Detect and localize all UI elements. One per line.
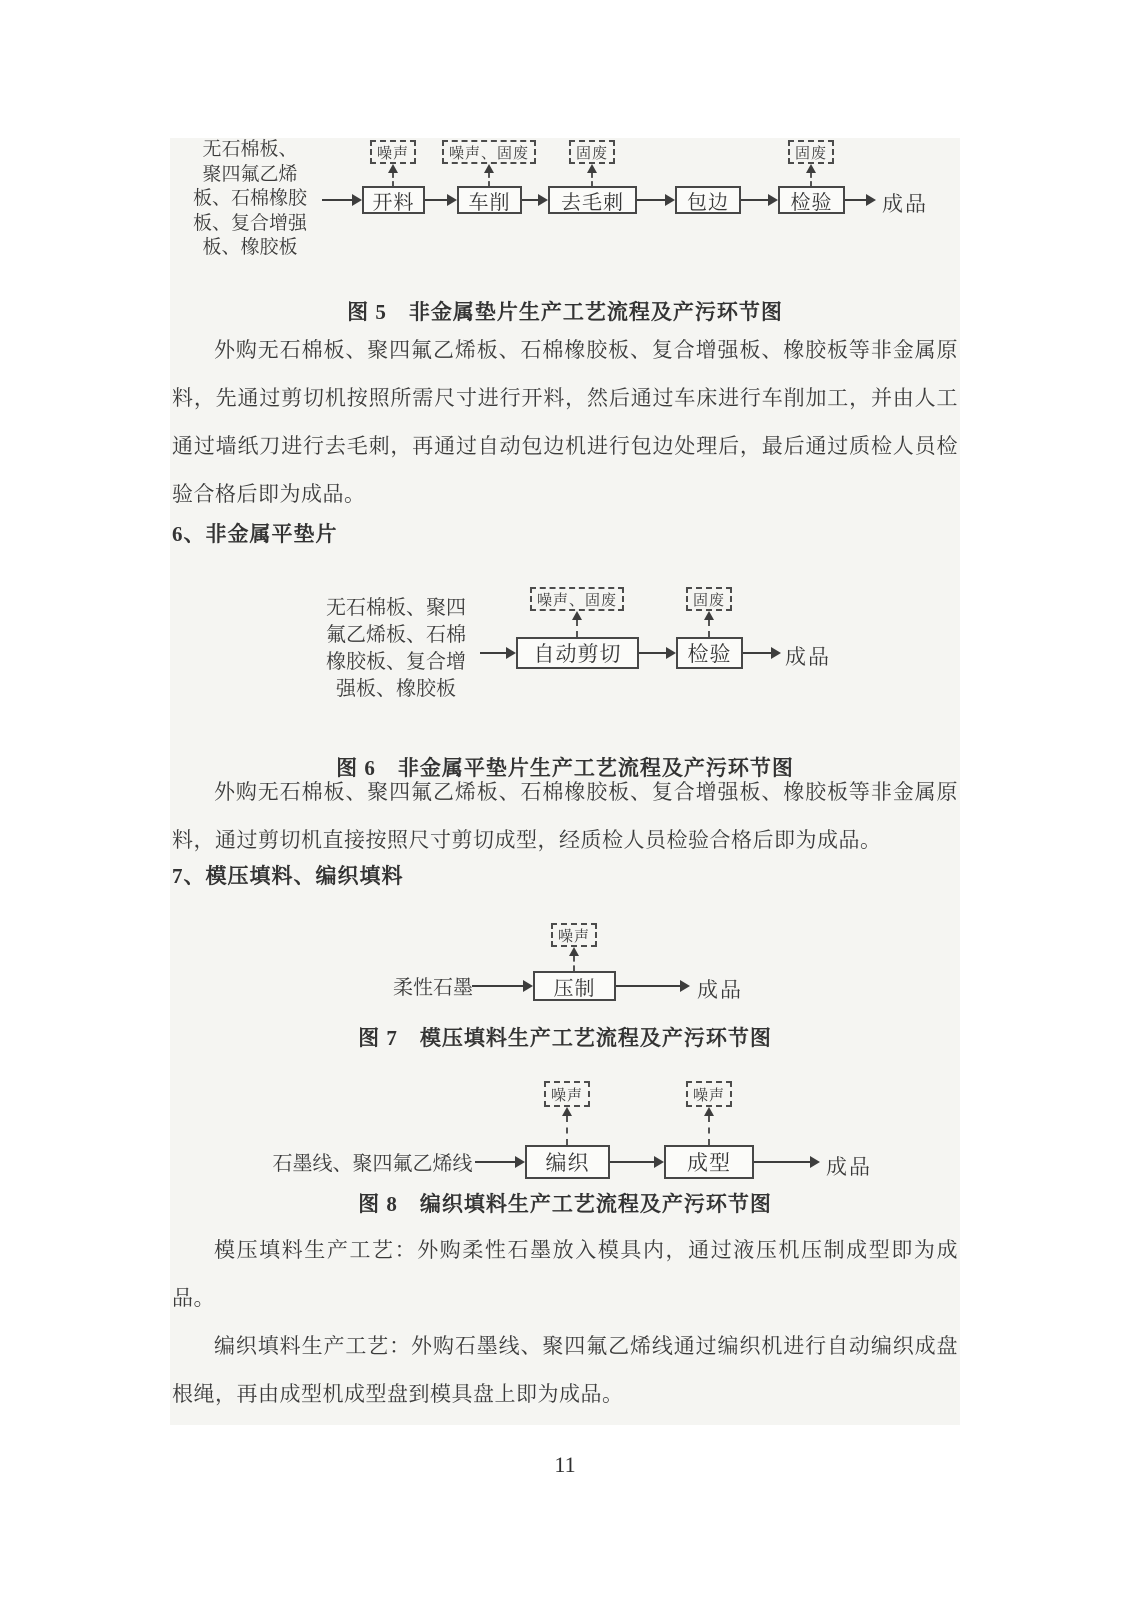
process-box-qumaoci: 去毛刺 [548,186,637,214]
flow-arrow [610,1156,664,1168]
fig8-source-materials-label: 石墨线、聚四氟乙烯线 [270,1152,475,1176]
paragraph-molded-packing: 模压填料生产工艺：外购柔性石墨放入模具内，通过液压机压制成型即为成品。 [172,1226,958,1322]
flow-arrow [322,194,362,206]
emission-arrow [571,611,583,637]
flow-arrow [475,1156,525,1168]
fig8-output-label: 成品 [826,1151,872,1181]
fig5-output-label: 成品 [882,188,928,218]
process-box-bianzhi: 编织 [525,1145,610,1179]
section-heading-6: 6、非金属平垫片 [172,518,338,548]
flowchart-fig5: 无石棉板、 聚四氟乙烯 板、石棉橡胶 板、复合增强 板、橡胶板 开料 车削 去毛… [170,138,960,290]
pollutant-box-solidwaste: 固废 [788,140,834,164]
flow-arrow [472,980,533,992]
emission-arrow [483,164,495,186]
page-number: 11 [170,1452,960,1478]
process-box-yazhi: 压制 [533,971,616,1001]
paragraph-fig5-description: 外购无石棉板、聚四氟乙烯板、石棉橡胶板、复合增强板、橡胶板等非金属原料，先通过剪… [172,326,958,518]
flow-arrow [741,194,778,206]
fig7-output-label: 成品 [697,974,743,1004]
section-heading-7: 7、模压填料、编织填料 [172,860,404,890]
flowchart-fig7: 柔性石墨 压制 成品 噪声 [170,915,960,1015]
emission-arrow [561,1107,573,1145]
flow-arrow [639,647,676,659]
pollutant-box-noise: 噪声 [686,1081,732,1107]
flow-arrow [522,194,548,206]
flow-arrow [616,980,690,992]
emission-arrow [703,1107,715,1145]
emission-arrow [805,164,817,186]
pollutant-box-noise-solidwaste: 噪声、固废 [530,587,624,611]
process-box-chexiao: 车削 [457,186,522,214]
process-box-autocut: 自动剪切 [516,637,639,669]
flowchart-fig6: 无石棉板、聚四 氟乙烯板、石棉 橡胶板、复合增 强板、橡胶板 自动剪切 检验 成… [170,575,960,717]
flow-arrow [845,194,876,206]
paragraph-fig6-description: 外购无石棉板、聚四氟乙烯板、石棉橡胶板、复合增强板、橡胶板等非金属原料，通过剪切… [172,768,958,864]
figure7-caption: 图 7 模压填料生产工艺流程及产污环节图 [170,1022,960,1052]
figure5-caption: 图 5 非金属垫片生产工艺流程及产污环节图 [170,296,960,326]
fig7-source-materials-label: 柔性石墨 [388,976,478,1000]
flow-arrow [754,1156,820,1168]
process-box-baobian: 包边 [675,186,741,214]
pollutant-box-noise: 噪声 [551,923,597,947]
emission-arrow [586,164,598,186]
fig5-source-materials-label: 无石棉板、 聚四氟乙烯 板、石棉橡胶 板、复合增强 板、橡胶板 [180,138,320,261]
emission-arrow [703,611,715,637]
pollutant-box-noise: 噪声 [544,1081,590,1107]
process-box-chengxing: 成型 [664,1145,754,1179]
pollutant-box-solidwaste: 固废 [569,140,615,164]
pollutant-box-noise: 噪声 [370,140,416,164]
emission-arrow [387,164,399,186]
process-box-kailiao: 开料 [362,186,425,214]
paragraph-braided-packing: 编织填料生产工艺：外购石墨线、聚四氟乙烯线通过编织机进行自动编织成盘根绳，再由成… [172,1322,958,1418]
emission-arrow [568,947,580,971]
fig6-source-materials-label: 无石棉板、聚四 氟乙烯板、石棉 橡胶板、复合增 强板、橡胶板 [316,595,476,703]
flow-arrow [743,647,781,659]
flowchart-fig8: 石墨线、聚四氟乙烯线 编织 成型 成品 噪声 噪声 [170,1075,960,1190]
flow-arrow [637,194,675,206]
pollutant-box-noise-solidwaste: 噪声、固废 [442,140,536,164]
pollutant-box-solidwaste: 固废 [686,587,732,611]
figure8-caption: 图 8 编织填料生产工艺流程及产污环节图 [170,1188,960,1218]
process-box-jianyan: 检验 [676,637,743,669]
flow-arrow [480,647,516,659]
flow-arrow [425,194,457,206]
process-box-jianyan: 检验 [778,186,845,214]
fig6-output-label: 成品 [785,641,831,671]
